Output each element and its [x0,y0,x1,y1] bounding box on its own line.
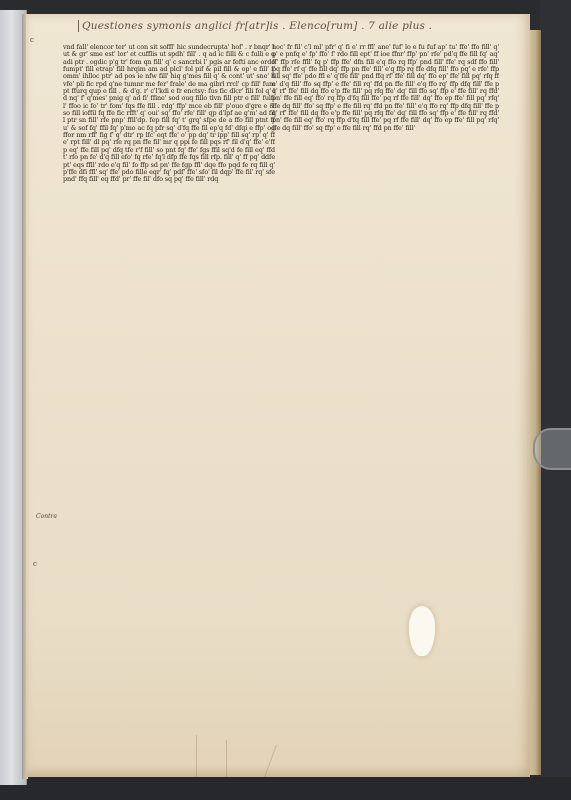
backdrop-top [0,0,571,14]
backdrop-right [540,0,571,800]
page-crease [226,740,227,777]
parchment-hole [409,606,435,656]
margin-mark: c [33,560,37,568]
manuscript-scan: Questiones symonis anglici fr[atr]is . E… [0,0,571,800]
page-clip [533,428,571,470]
column-text: hoc' fr fil' c'l ml' pfr' q' fi e' rr ff… [272,44,499,132]
running-title: Questiones symonis anglici fr[atr]is . E… [78,20,432,32]
margin-mark: c [30,36,34,44]
backdrop-bottom [0,777,571,800]
margin-note: Contra [36,513,57,520]
text-column-right: hoc' fr fil' c'l ml' pfr' q' fi e' rr ff… [272,44,499,727]
text-column-left: vnd fall' elencor ter' ut con sit soffl'… [63,44,275,744]
column-text: vnd fall' elencor ter' ut con sit soffl'… [63,44,275,184]
